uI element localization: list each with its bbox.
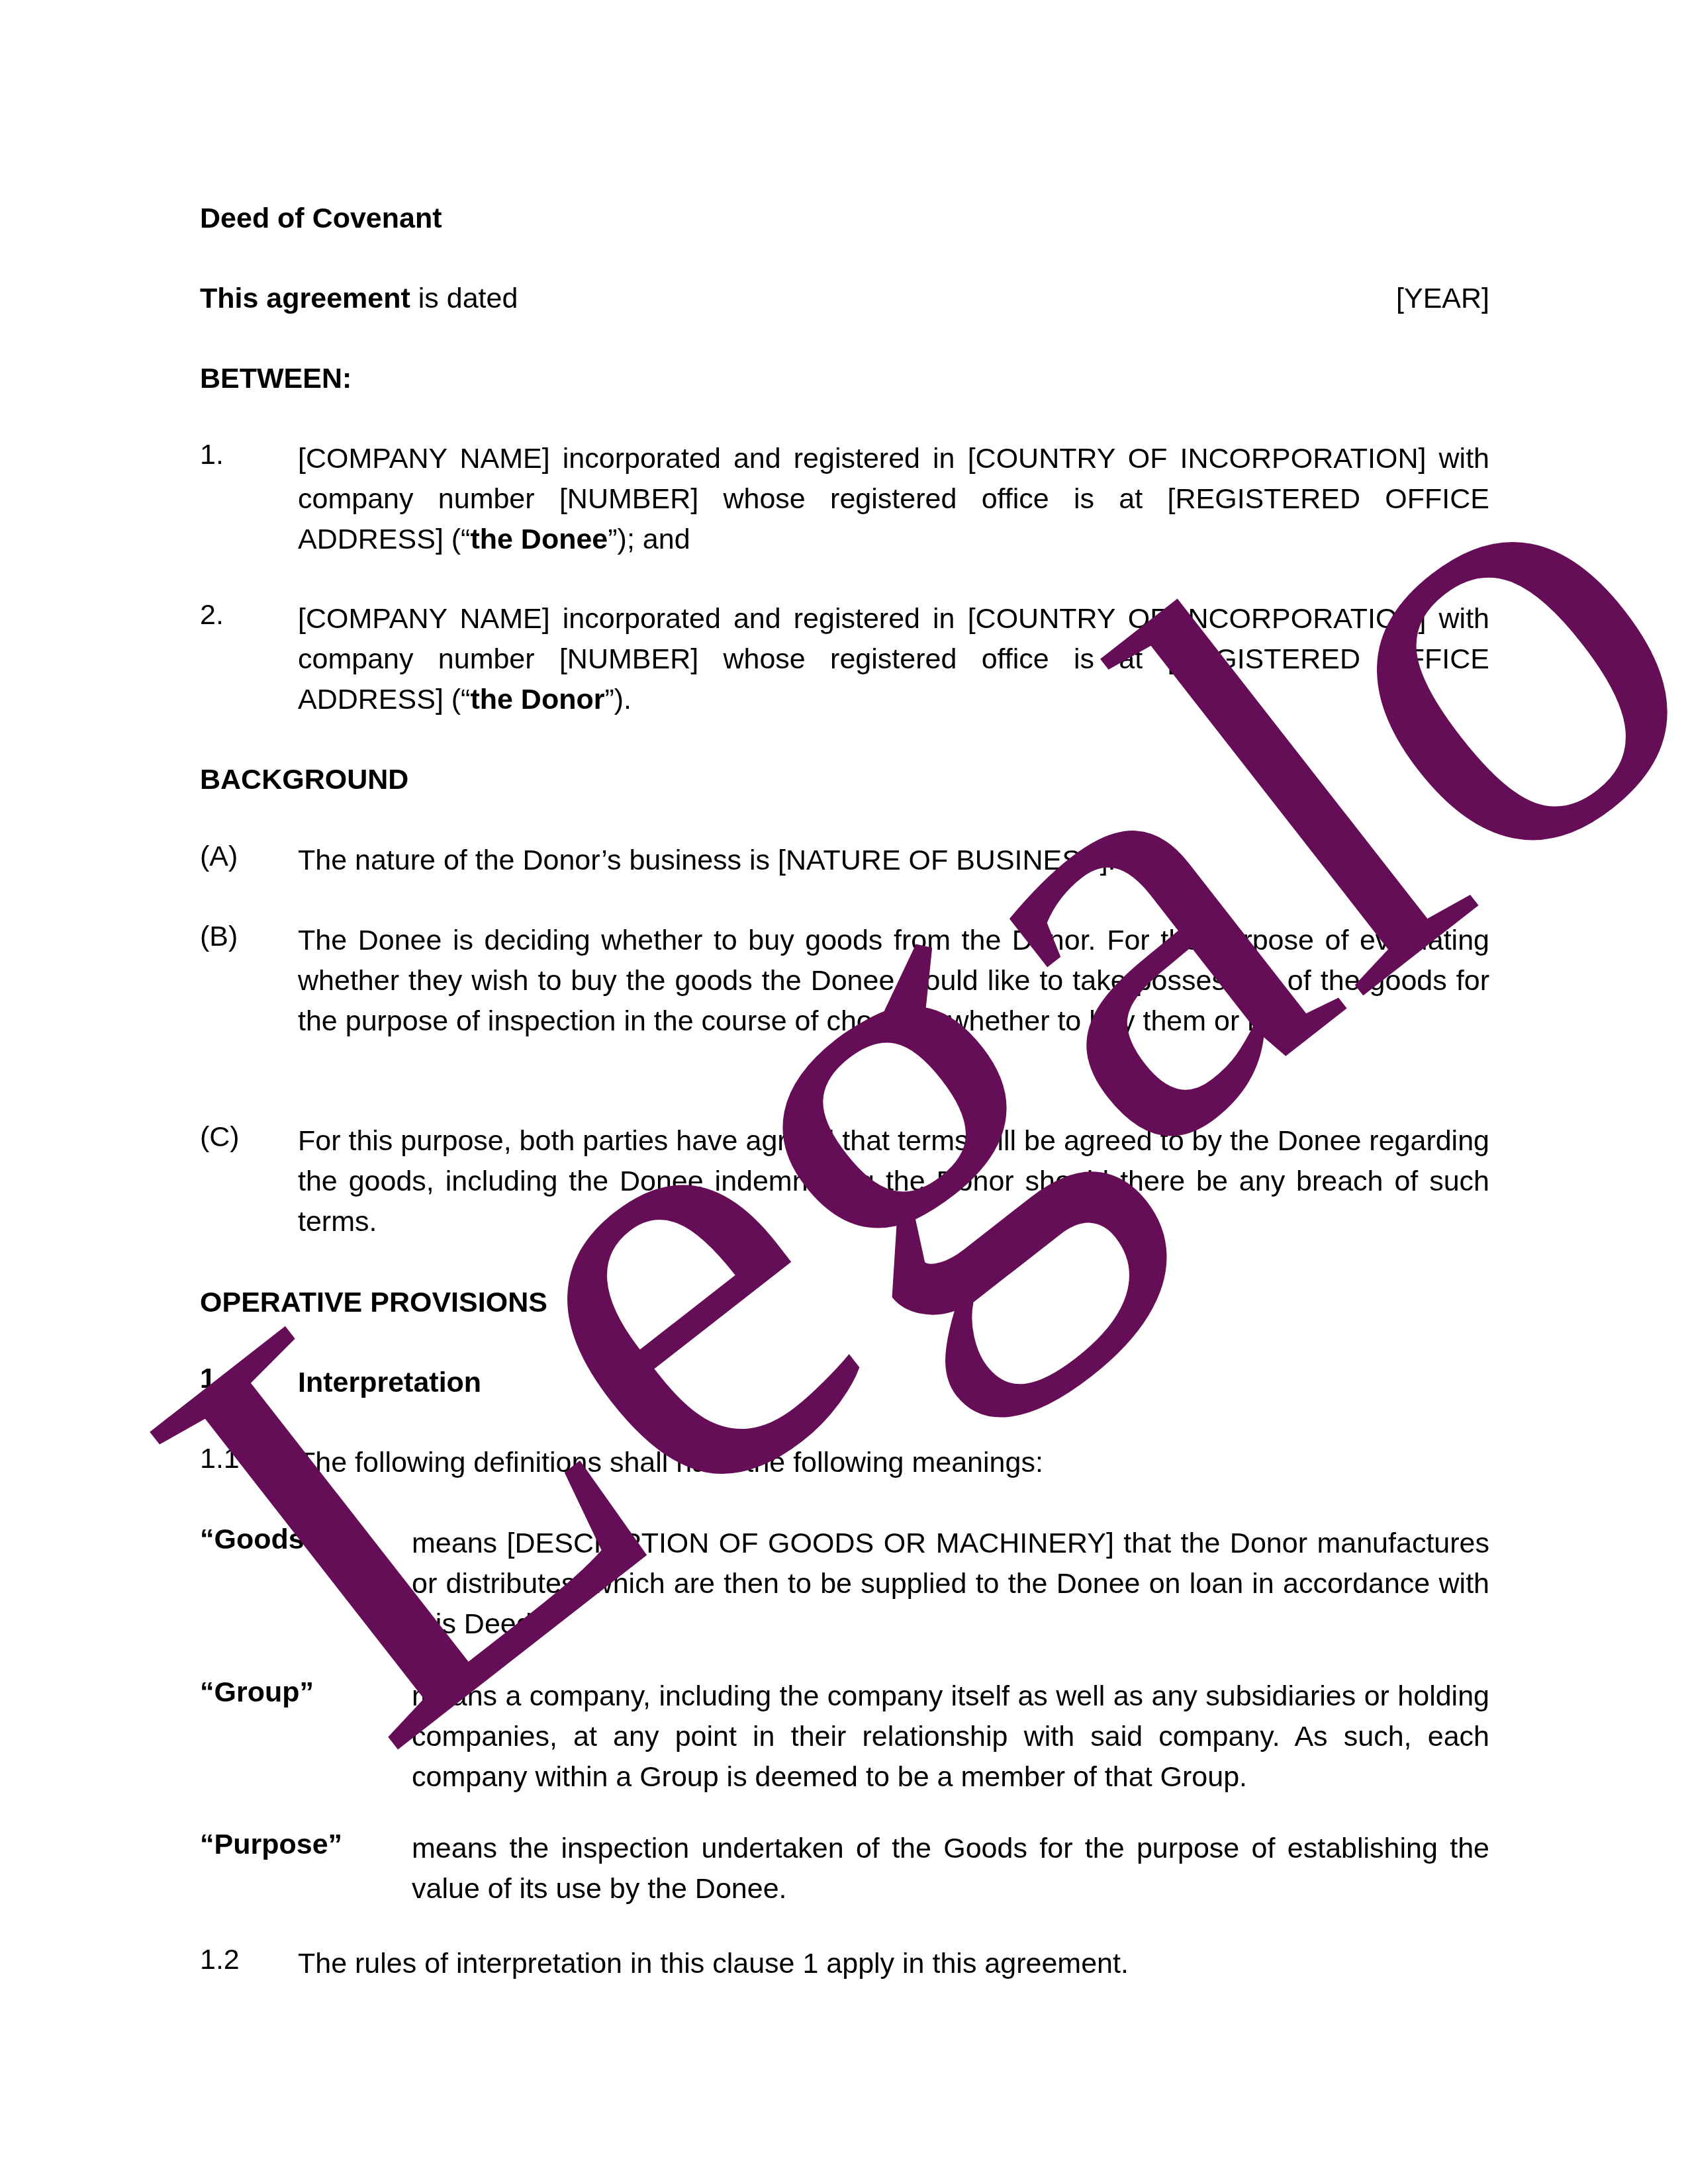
recital-label: (A)	[200, 841, 238, 873]
dated-text: is dated	[410, 283, 518, 314]
clause-text: The rules of interpretation in this clau…	[298, 1944, 1489, 1984]
recital-label: (B)	[200, 921, 238, 953]
agreement-label: This agreement	[200, 283, 410, 314]
party-defined-term: the Donee	[470, 523, 608, 555]
document-title: Deed of Covenant	[200, 199, 442, 238]
clause-number: 1.1	[200, 1443, 240, 1475]
definition-text: means a company, including the company i…	[412, 1676, 1489, 1797]
party-defined-term: the Donor	[470, 684, 604, 715]
between-heading: BETWEEN:	[200, 359, 352, 398]
background-heading: BACKGROUND	[200, 760, 408, 799]
recital-label: (C)	[200, 1121, 240, 1154]
clause-number: 1.	[200, 1363, 224, 1395]
definition-text: means [DESCRIPTION OF GOODS OR MACHINERY…	[412, 1524, 1489, 1645]
definition-term: “Purpose”	[200, 1829, 342, 1861]
recital-text: For this purpose, both parties have agre…	[298, 1121, 1489, 1242]
party-text: [COMPANY NAME] incorporated and register…	[298, 599, 1489, 720]
party-number: 2.	[200, 599, 224, 631]
party-number: 1.	[200, 439, 224, 471]
recital-text: The Donee is deciding whether to buy goo…	[298, 921, 1489, 1042]
definition-term: “Goods”	[200, 1524, 318, 1556]
year-placeholder: [YEAR]	[1396, 279, 1489, 318]
party-text: [COMPANY NAME] incorporated and register…	[298, 439, 1489, 560]
recital-text: The nature of the Donor’s business is [N…	[298, 841, 1489, 881]
definition-text: means the inspection undertaken of the G…	[412, 1829, 1489, 1909]
clause-text: The following definitions shall have the…	[298, 1443, 1489, 1483]
operative-heading: OPERATIVE PROVISIONS	[200, 1283, 547, 1322]
clause-number: 1.2	[200, 1944, 240, 1976]
clause-title: Interpretation	[298, 1363, 1489, 1403]
definition-term: “Group”	[200, 1676, 314, 1709]
dated-line: This agreement is dated [YEAR]	[200, 279, 1489, 318]
